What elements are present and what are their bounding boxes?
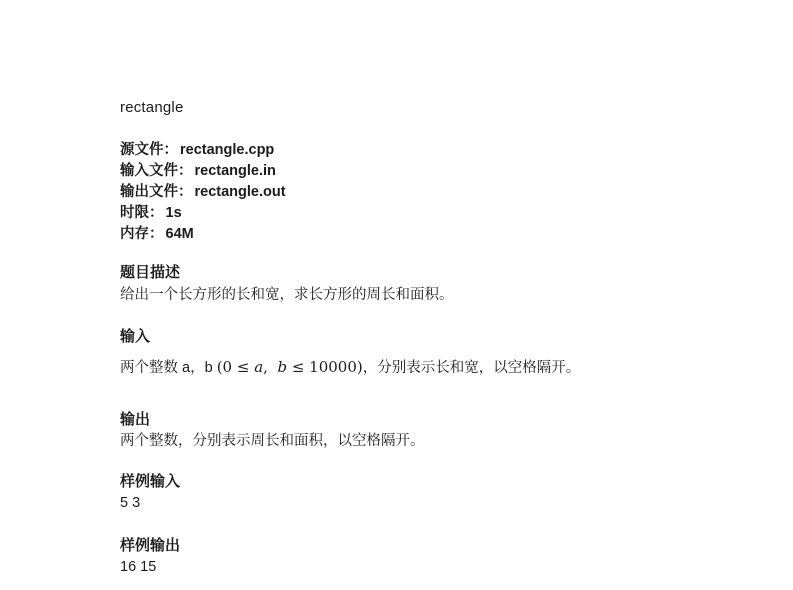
meta-time-limit: 时限：1s bbox=[120, 203, 700, 224]
meta-source-file-value: rectangle.cpp bbox=[180, 142, 274, 158]
input-spec-text: 两个整数 a，b (0 ≤ a, b ≤ 10000)，分别表示长和宽，以空格隔… bbox=[120, 357, 700, 378]
problem-title: rectangle bbox=[120, 100, 700, 115]
meta-input-file-value: rectangle.in bbox=[195, 163, 276, 179]
meta-time-limit-value: 1s bbox=[166, 205, 182, 221]
math-var-b: b bbox=[277, 358, 287, 376]
math-var-a: a bbox=[254, 358, 263, 376]
section-heading-output: 输出 bbox=[120, 412, 700, 427]
meta-memory-limit: 内存：64M bbox=[120, 224, 700, 245]
math-open-paren: (0 ≤ bbox=[217, 358, 255, 376]
meta-output-file-value: rectangle.out bbox=[195, 184, 286, 200]
sample-output-value: 16 15 bbox=[120, 559, 700, 575]
input-spec-after: ，分别表示长和宽，以空格隔开。 bbox=[363, 360, 581, 376]
section-heading-input: 输入 bbox=[120, 329, 700, 344]
meta-input-file: 输入文件：rectangle.in bbox=[120, 161, 700, 182]
meta-input-file-label: 输入文件： bbox=[120, 163, 193, 179]
section-heading-sample-output: 样例输出 bbox=[120, 538, 700, 553]
meta-output-file: 输出文件：rectangle.out bbox=[120, 182, 700, 203]
meta-memory-limit-label: 内存： bbox=[120, 226, 164, 242]
math-constraint: (0 ≤ a, b ≤ 10000) bbox=[217, 358, 363, 376]
sample-input-value: 5 3 bbox=[120, 495, 700, 511]
math-separator: , bbox=[263, 358, 277, 376]
problem-statement: rectangle 源文件：rectangle.cpp 输入文件：rectang… bbox=[120, 100, 700, 575]
meta-memory-limit-value: 64M bbox=[166, 226, 194, 242]
meta-source-file-label: 源文件： bbox=[120, 142, 178, 158]
meta-block: 源文件：rectangle.cpp 输入文件：rectangle.in 输出文件… bbox=[120, 140, 700, 245]
meta-time-limit-label: 时限： bbox=[120, 205, 164, 221]
input-spec-before: 两个整数 a，b bbox=[120, 360, 217, 376]
meta-output-file-label: 输出文件： bbox=[120, 184, 193, 200]
meta-source-file: 源文件：rectangle.cpp bbox=[120, 140, 700, 161]
section-heading-description: 题目描述 bbox=[120, 265, 700, 280]
description-text: 给出一个长方形的长和宽，求长方形的周长和面积。 bbox=[120, 287, 700, 303]
math-close-paren: ≤ 10000) bbox=[287, 358, 363, 376]
output-spec-text: 两个整数，分别表示周长和面积，以空格隔开。 bbox=[120, 433, 700, 449]
section-heading-sample-input: 样例输入 bbox=[120, 474, 700, 489]
document-page: rectangle 源文件：rectangle.cpp 输入文件：rectang… bbox=[0, 0, 793, 590]
